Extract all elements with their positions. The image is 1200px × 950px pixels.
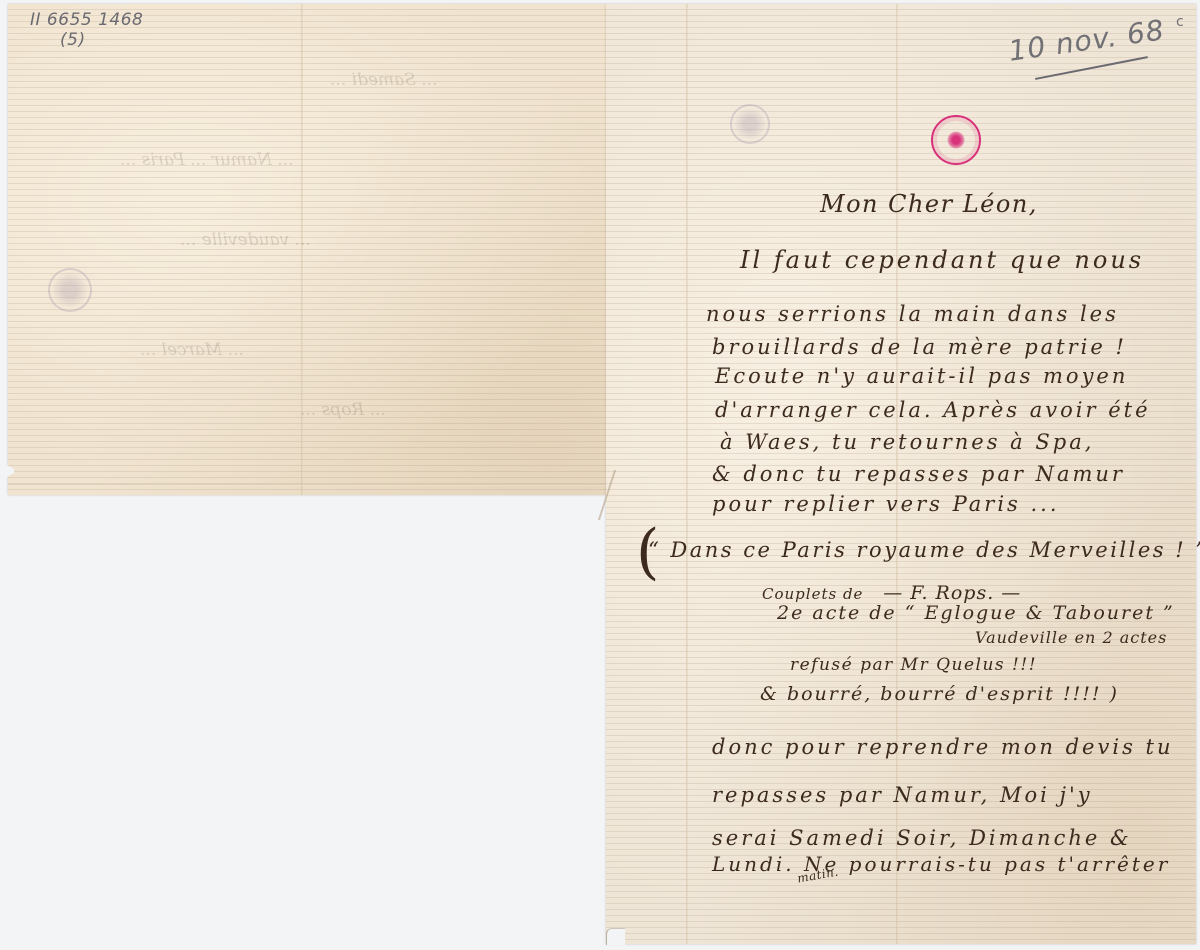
bleed-through-text: ... Namur ... Paris ... bbox=[120, 150, 294, 170]
letter-line: nous serrions la main dans les bbox=[706, 302, 1119, 326]
inline-signature: — F. Rops. — bbox=[883, 582, 1021, 604]
vertical-fold-crease bbox=[686, 4, 688, 944]
letter-line: repasses par Namur, Moi j'y bbox=[712, 783, 1093, 807]
horizontal-fold-crease bbox=[8, 484, 606, 486]
letter-line: serai Samedi Soir, Dimanche & bbox=[712, 826, 1132, 850]
letter-line: Ecoute n'y aurait-il pas moyen bbox=[715, 364, 1128, 388]
library-stamp-icon bbox=[931, 115, 981, 165]
letter-line: refusé par Mr Quelus !!! bbox=[790, 655, 1037, 675]
bleed-through-text: ... Marcel ... bbox=[140, 340, 244, 360]
bleed-through-text: ... Rops ... bbox=[300, 400, 386, 420]
archive-number: II 6655 1468 bbox=[30, 10, 143, 30]
stamp-bleed-through-icon bbox=[730, 104, 770, 144]
letter-line: Lundi. Ne pourrais-tu pas t'arrêter bbox=[712, 852, 1170, 876]
letter-line: d'arranger cela. Après avoir été bbox=[715, 398, 1151, 422]
couplets-label: Couplets de bbox=[762, 585, 863, 603]
curled-corner bbox=[606, 928, 625, 945]
letter-line: Il faut cependant que nous bbox=[740, 246, 1144, 274]
letter-line-quotation: “ Dans ce Paris royaume des Merveilles !… bbox=[648, 538, 1200, 562]
letter-line: & bourré, bourré d'esprit !!!! ) bbox=[760, 683, 1119, 705]
letter-line-couplets: Couplets de — F. Rops. — bbox=[762, 582, 1021, 604]
bleed-through-text: ... Samedi ... bbox=[330, 70, 438, 90]
letter-line: pour replier vers Paris ... bbox=[712, 492, 1060, 516]
stamp-crest-icon bbox=[947, 131, 965, 149]
letter-line: & donc tu repasses par Namur bbox=[712, 462, 1125, 486]
folio-number: (5) bbox=[30, 30, 143, 50]
letter-line: donc pour reprendre mon devis tu bbox=[712, 735, 1173, 759]
archive-reference-number: II 6655 1468 (5) bbox=[30, 10, 143, 50]
torn-edge-notch bbox=[0, 461, 14, 481]
letter-salutation: Mon Cher Léon, bbox=[820, 190, 1038, 218]
stamp-bleed-through-icon bbox=[48, 268, 92, 312]
letter-line: brouillards de la mère patrie ! bbox=[712, 335, 1127, 359]
letter-line: à Waes, tu retournes à Spa, bbox=[720, 430, 1094, 454]
bleed-through-text: ... vaudeville ... bbox=[180, 230, 311, 250]
corner-mark: c bbox=[1176, 14, 1184, 30]
letter-line: Vaudeville en 2 actes bbox=[975, 628, 1167, 647]
letter-line: 2e acte de “ Eglogue & Tabouret ” bbox=[777, 602, 1175, 624]
